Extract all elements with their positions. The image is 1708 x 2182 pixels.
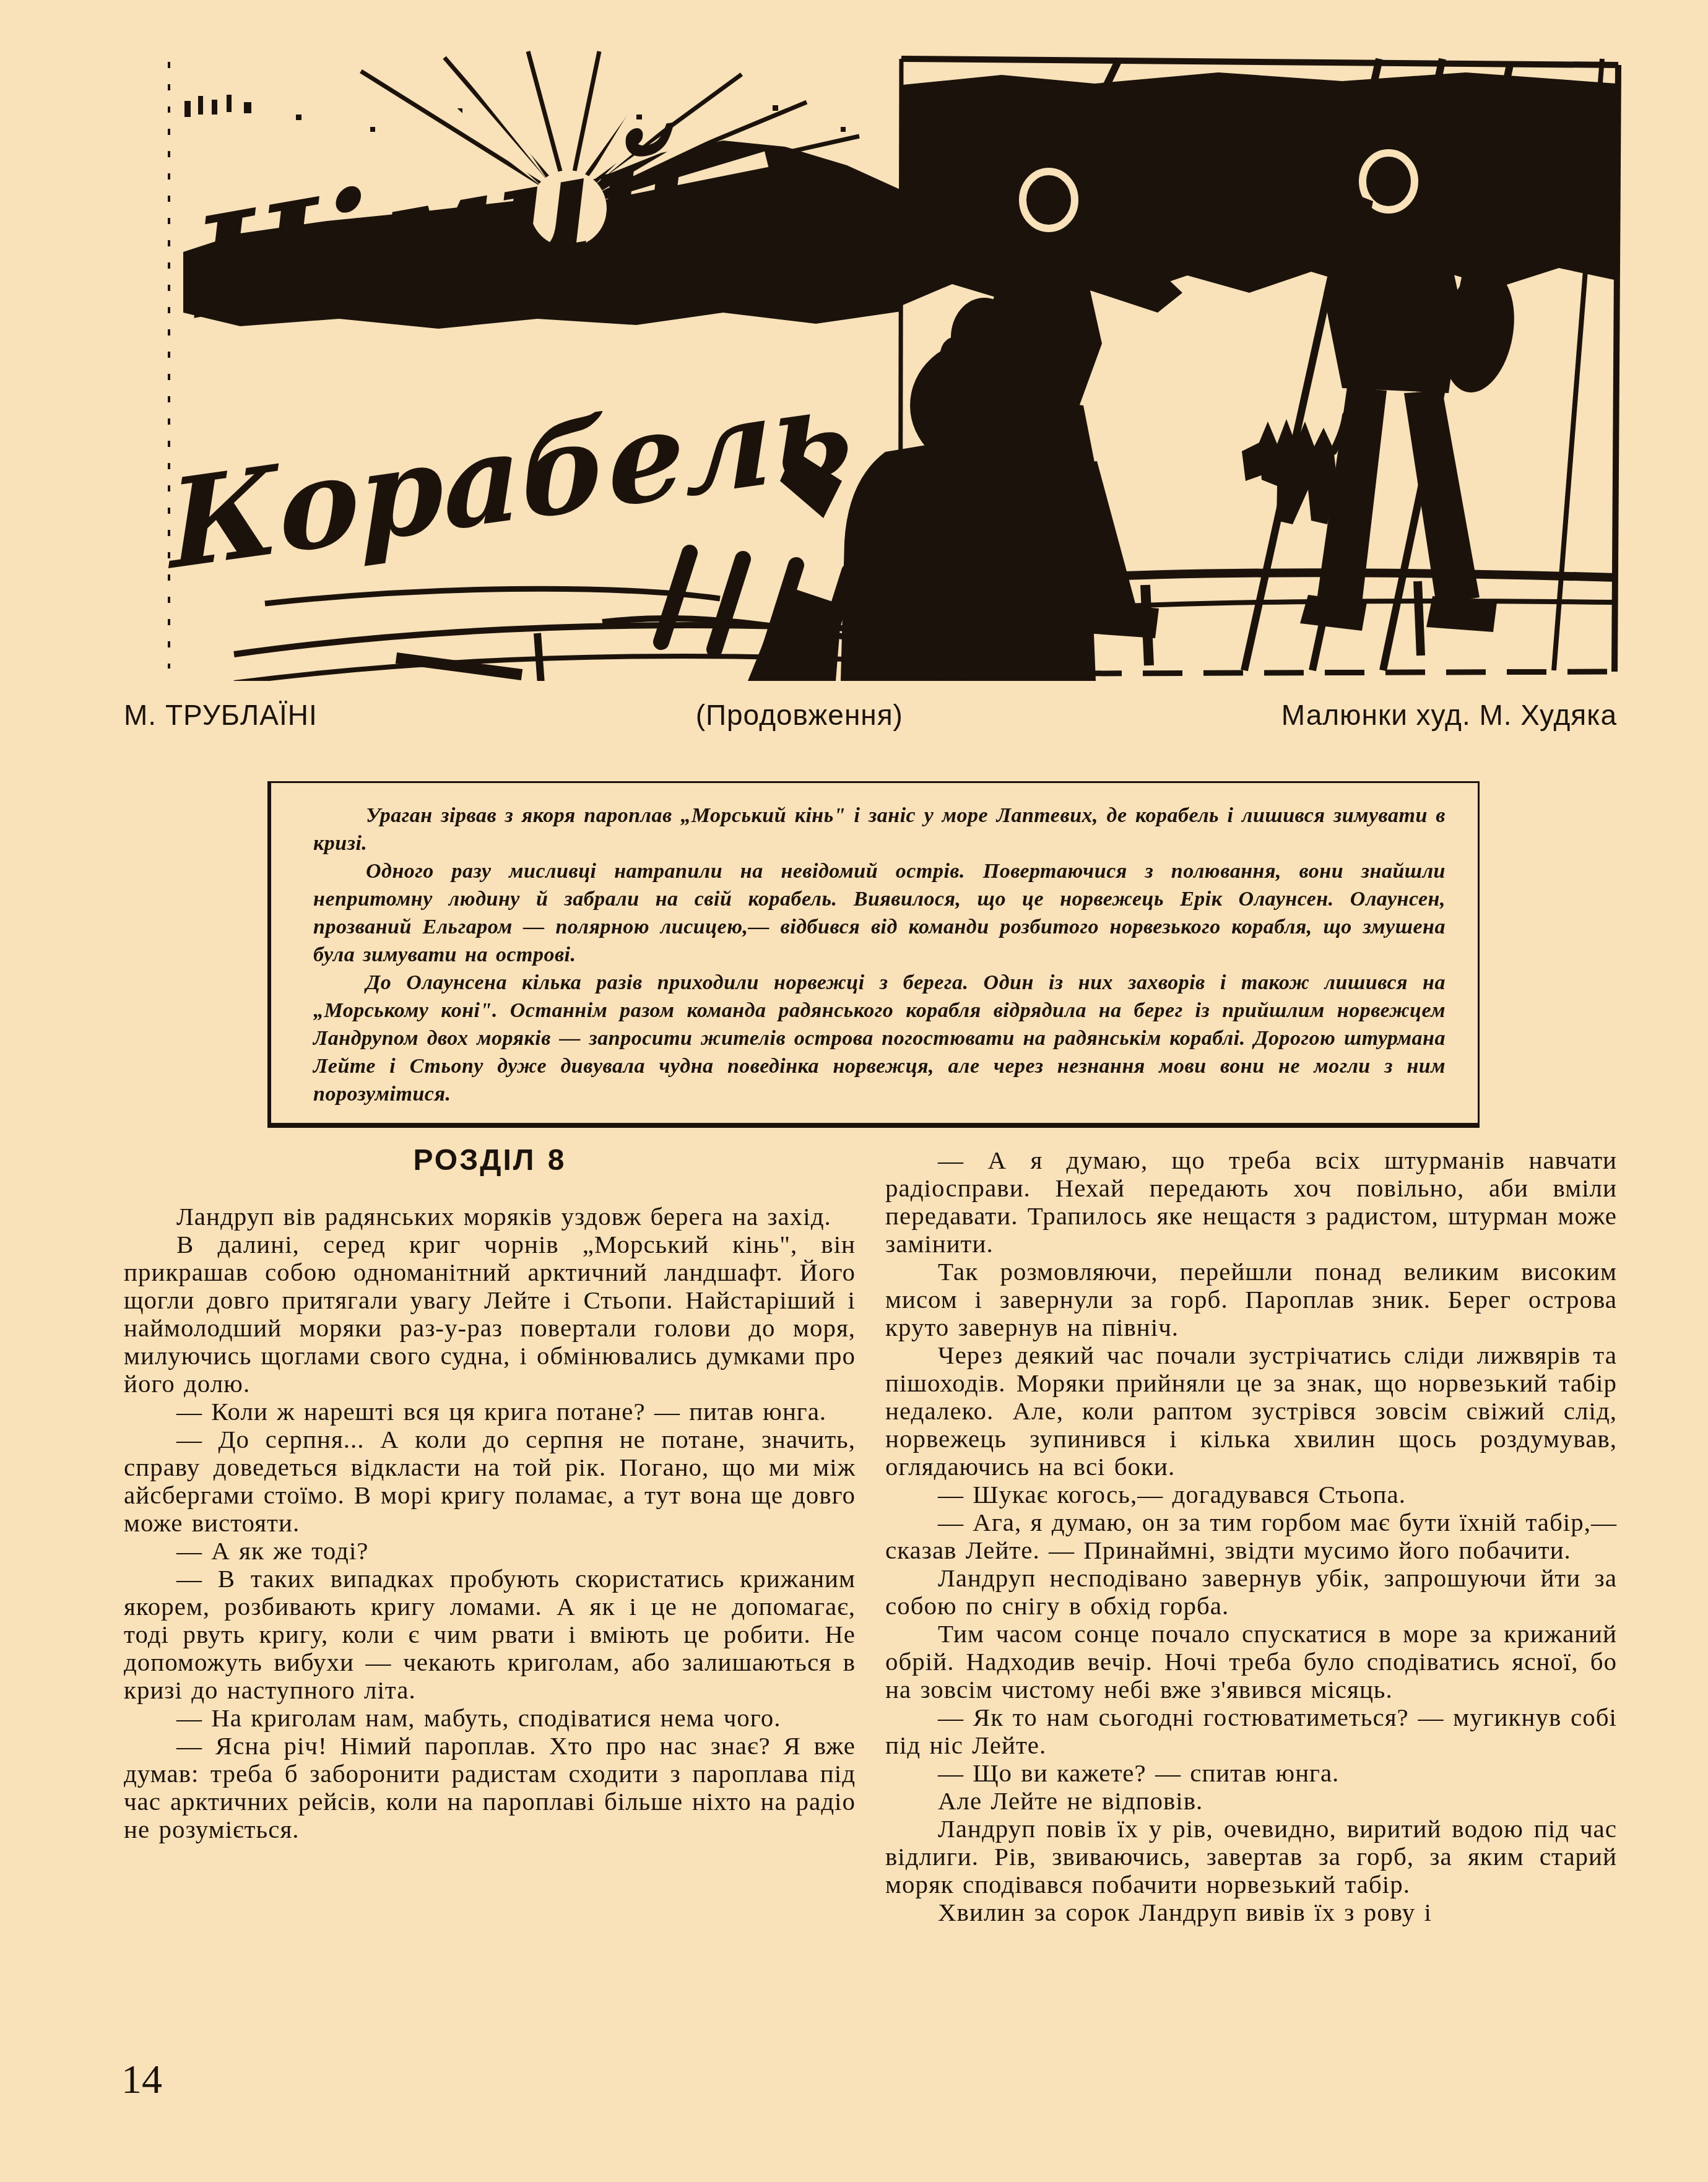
body-paragraph: — Ясна річ! Німий пароплав. Хто про нас … xyxy=(124,1732,856,1843)
body-paragraph: — Коли ж нарешті вся ця крига потане? — … xyxy=(124,1398,856,1426)
page-number: 14 xyxy=(121,2056,162,2103)
body-paragraph: — Ага, я думаю, он за тим горбом має бут… xyxy=(885,1509,1617,1564)
body-paragraph: Хвилин за сорок Ландруп вивів їх з рову … xyxy=(885,1898,1617,1926)
body-paragraph: Ландруп несподівано завернув убік, запро… xyxy=(885,1564,1617,1620)
body-paragraph: — А як же тоді? xyxy=(124,1537,856,1565)
byline-author: М. ТРУБЛАЇНІ xyxy=(124,698,318,732)
body-paragraph: Тим часом сонце почало спускатися в море… xyxy=(885,1620,1617,1704)
synopsis-paragraph: Ураган зірвав з якоря пароплав „Морський… xyxy=(313,802,1446,857)
body-paragraph: Ландруп вів радянських моряків уздовж бе… xyxy=(124,1203,856,1231)
body-paragraph: — Що ви кажете? — спитав юнга. xyxy=(885,1759,1617,1787)
magazine-page: Німий Корабель xyxy=(0,0,1708,2182)
synopsis-paragraph: До Олаунсена кілька разів приходили норв… xyxy=(313,969,1446,1108)
body-paragraph: Ландруп повів їх у рів, очевидно, вирити… xyxy=(885,1815,1617,1898)
synopsis-box: Ураган зірвав з якоря пароплав „Морський… xyxy=(267,781,1480,1128)
text-column-left: РОЗДІЛ 8 Ландруп вів радянських моряків … xyxy=(124,1146,856,1843)
body-paragraph: Так розмовляючи, перейшли понад великим … xyxy=(885,1258,1617,1341)
body-paragraph: — Шукає когось,— догадувався Стьопа. xyxy=(885,1481,1617,1509)
body-paragraph: Через деякий час почали зустрічатись слі… xyxy=(885,1341,1617,1481)
byline-artist-credit: Малюнки худ. М. Худяка xyxy=(1281,698,1617,732)
woodcut-scene: Німий Корабель xyxy=(166,46,1622,681)
text-column-right: — А я думаю, що треба всіх штурманів нав… xyxy=(885,1146,1617,1926)
chapter-heading: РОЗДІЛ 8 xyxy=(124,1146,856,1174)
synopsis-paragraph: Одного разу мисливці натрапили на невідо… xyxy=(313,857,1446,969)
story-illustration: Німий Корабель xyxy=(166,46,1622,681)
body-paragraph: Але Лейте не відповів. xyxy=(885,1787,1617,1815)
byline-continuation: (Продовження) xyxy=(696,698,903,732)
body-paragraph: — На криголам нам, мабуть, сподіватися н… xyxy=(124,1704,856,1732)
body-paragraph: — До серпня... А коли до серпня не потан… xyxy=(124,1426,856,1537)
title-word-2: Корабель xyxy=(166,358,854,597)
body-paragraph: — Як то нам сьогодні гостюватиметься? — … xyxy=(885,1704,1617,1759)
body-paragraph: В далині, серед криг чорнів „Морський кі… xyxy=(124,1231,856,1398)
body-paragraph: — В таких випадках пробують скористатись… xyxy=(124,1565,856,1704)
body-paragraph: — А я думаю, що треба всіх штурманів нав… xyxy=(885,1146,1617,1258)
byline-row: М. ТРУБЛАЇНІ (Продовження) Малюнки худ. … xyxy=(124,698,1617,732)
framed-panel xyxy=(748,59,1622,681)
